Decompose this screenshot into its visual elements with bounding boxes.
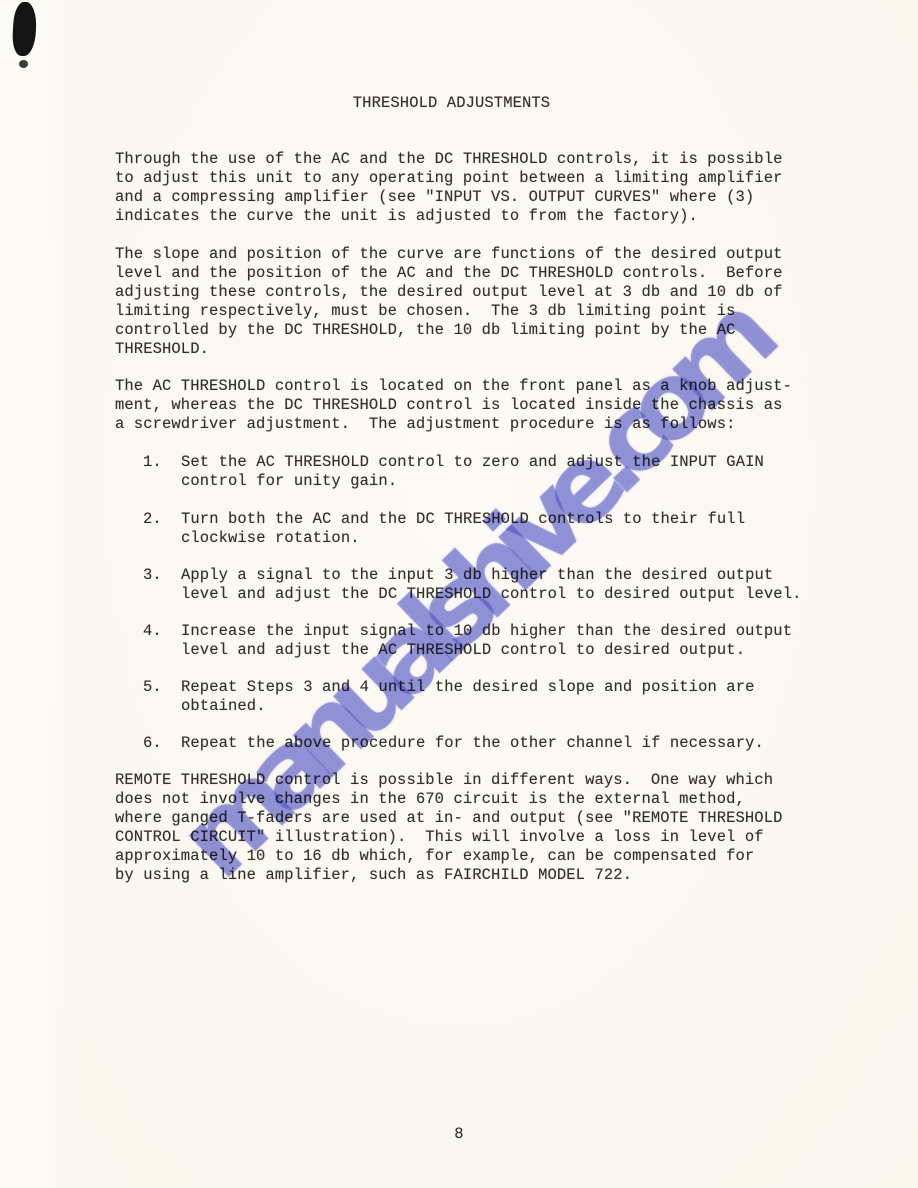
step-number: 4. xyxy=(143,622,181,641)
step-number: 5. xyxy=(143,678,181,697)
step-number: 3. xyxy=(143,566,181,585)
page-number: 8 xyxy=(0,1125,918,1144)
step-number: 2. xyxy=(143,510,181,529)
scanned-manual-page: THRESHOLD ADJUSTMENTS Through the use of… xyxy=(0,0,918,1188)
step-item-5: 5. Repeat Steps 3 and 4 until the desire… xyxy=(143,678,843,716)
step-number: 1. xyxy=(143,453,181,472)
step-item-1: 1. Set the AC THRESHOLD control to zero … xyxy=(143,453,843,491)
step-number: 6. xyxy=(143,734,181,753)
step-item-4: 4. Increase the input signal to 10 db hi… xyxy=(143,622,843,660)
step-text: Repeat the above procedure for the other… xyxy=(181,734,843,753)
scan-artifact-speck xyxy=(19,60,28,68)
step-item-3: 3. Apply a signal to the input 3 db high… xyxy=(143,566,843,604)
paragraph-intro: Through the use of the AC and the DC THR… xyxy=(115,150,825,226)
step-text: Increase the input signal to 10 db highe… xyxy=(181,622,843,660)
scan-artifact-mark xyxy=(12,1,38,56)
paragraph-remote-threshold: REMOTE THRESHOLD control is possible in … xyxy=(115,771,825,885)
step-item-6: 6. Repeat the above procedure for the ot… xyxy=(143,734,843,753)
page-title: THRESHOLD ADJUSTMENTS xyxy=(115,94,788,113)
step-text: Apply a signal to the input 3 db higher … xyxy=(181,566,843,604)
step-item-2: 2. Turn both the AC and the DC THRESHOLD… xyxy=(143,510,843,548)
step-text: Repeat Steps 3 and 4 until the desired s… xyxy=(181,678,843,716)
paragraph-control-locations: The AC THRESHOLD control is located on t… xyxy=(115,377,825,434)
step-text: Turn both the AC and the DC THRESHOLD co… xyxy=(181,510,843,548)
paragraph-slope-position: The slope and position of the curve are … xyxy=(115,245,825,359)
step-text: Set the AC THRESHOLD control to zero and… xyxy=(181,453,843,491)
